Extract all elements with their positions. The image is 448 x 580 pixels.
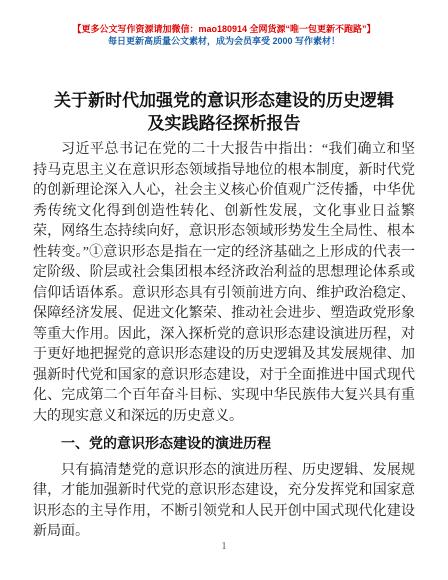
document-page: 【更多公文写作资源请加微信：mao180914 全网货源“唯一包更新不跑路”】 … [0,0,448,580]
promo-banner-line-1: 【更多公文写作资源请加微信：mao180914 全网货源“唯一包更新不跑路”】 [0,23,448,35]
body-paragraph-2: 只有搞清楚党的意识形态的演进历程、历史逻辑、发展规律，才能加强新时代党的意识形态… [33,461,415,543]
page-number: 1 [0,541,448,552]
document-title: 关于新时代加强党的意识形态建设的历史逻辑 及实践路径探析报告 [0,89,448,135]
document-title-line-1: 关于新时代加强党的意识形态建设的历史逻辑 [0,89,448,112]
document-title-line-2: 及实践路径探析报告 [0,112,448,135]
promo-banner: 【更多公文写作资源请加微信：mao180914 全网货源“唯一包更新不跑路”】 … [0,0,448,47]
body-paragraph-1: 习近平总书记在党的二十大报告中指出：“我们确立和坚持马克思主义在意识形态领域指导… [33,140,415,427]
promo-banner-line-2: 每日更新高质量公文素材，成为会员享受 2000 写作素材！ [0,35,448,47]
document-body: 习近平总书记在党的二十大报告中指出：“我们确立和坚持马克思主义在意识形态领域指导… [33,140,415,543]
section-heading-1: 一、党的意识形态建设的演进历程 [33,435,415,456]
